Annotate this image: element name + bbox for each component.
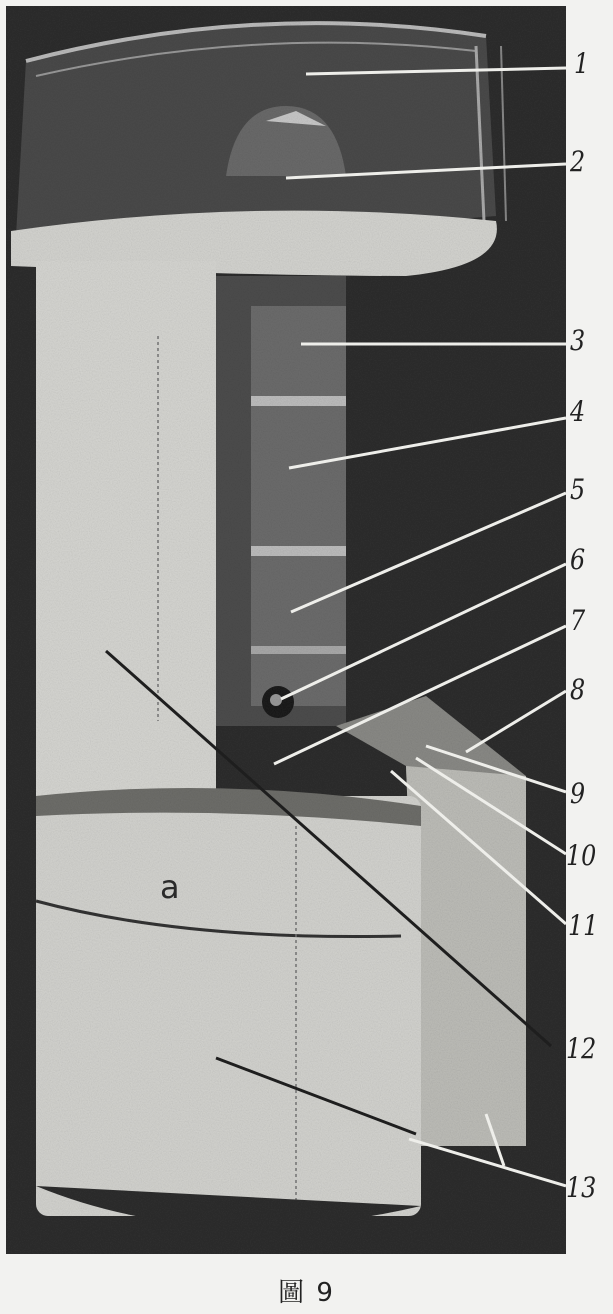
callout-7: 7	[570, 607, 585, 635]
callout-2: 2	[570, 148, 585, 176]
figure-caption: 圖 9	[0, 1272, 613, 1309]
callout-8: 8	[570, 676, 585, 704]
callout-3: 3	[570, 327, 585, 355]
callout-6: 6	[570, 546, 585, 574]
callout-12: 12	[566, 1035, 596, 1063]
callout-9: 9	[570, 780, 585, 808]
figure: 1 2 3 4 5 6 7 8 9 10 11 12 13 a 圖 9	[0, 0, 613, 1314]
callout-5: 5	[570, 476, 585, 504]
part-label-a: a	[160, 868, 180, 906]
callout-4: 4	[570, 398, 585, 426]
apparatus-photo	[6, 6, 566, 1254]
callout-1: 1	[574, 50, 589, 78]
callout-13: 13	[566, 1174, 596, 1202]
callout-10: 10	[566, 842, 596, 870]
callout-11: 11	[568, 912, 598, 940]
